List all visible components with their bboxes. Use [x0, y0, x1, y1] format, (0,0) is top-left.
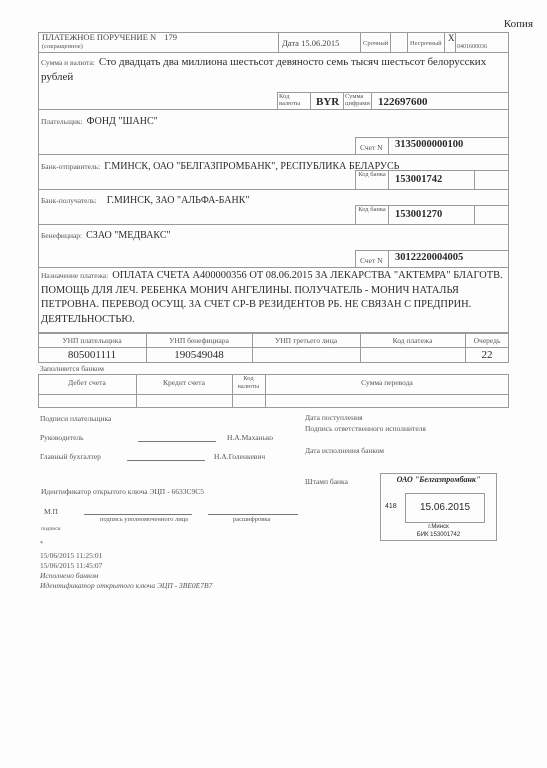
mp-label: М.П [44, 507, 58, 516]
purpose-label: Назначение платежа: [41, 271, 108, 280]
payer-label: Плательщик: [41, 117, 83, 126]
beneficiary: Бенефициар: СЗАО "МЕДВАКС" [41, 225, 171, 243]
responsible-signature-label: Подпись ответственного исполнителя [305, 424, 426, 433]
unp-beneficiary-value: 190549048 [146, 349, 252, 361]
beneficiary-label: Бенефициар: [41, 231, 82, 240]
stamp-bank-name: ОАО "Белгазпромбанк" [380, 475, 497, 484]
beneficiary-account-label: Счет N [360, 256, 383, 265]
decoding-caption: расшифровка [233, 516, 270, 523]
amount-label: Сумма и валюта: [41, 58, 95, 67]
payer-account: 3135000000100 [395, 139, 463, 150]
stamp-bik: БИК 153001742 [380, 532, 497, 538]
chief-accountant-label: Главный бухгалтер [40, 452, 101, 461]
credit-account-header: Кредит счета [136, 378, 232, 387]
receiver-bank-code: 153001270 [395, 209, 442, 220]
director-label: Руководитель [40, 433, 84, 442]
debit-account-header: Дебет счета [38, 378, 136, 387]
unp-header-payment-code: Код платежа [360, 336, 465, 345]
stamp-city: г.Минск [380, 524, 497, 530]
form-title-text: ПЛАТЕЖНОЕ ПОРУЧЕНИЕ N [42, 32, 156, 42]
form-number: 179 [164, 32, 177, 42]
non-urgent-checkbox[interactable]: X [448, 33, 455, 43]
timestamp-2: 15/06/2015 11:45:07 [40, 561, 102, 570]
sender-bank-label: Банк-отправитель: [41, 162, 100, 171]
chief-accountant-name: Н.А.Голенкевич [214, 452, 265, 461]
beneficiary-name: СЗАО "МЕДВАКС" [86, 230, 170, 241]
date-label: Дата [282, 38, 299, 48]
stamp-date: 15.06.2015 [405, 502, 485, 513]
currency-code-header: Код валюты [232, 375, 265, 391]
payer-key-id: Идентификатор открытого ключа ЭЦП - 6633… [41, 487, 204, 496]
currency-code: BYR [316, 96, 339, 108]
sender-bank-code-label: Код банка [356, 171, 388, 179]
signatures-caption: подписи [41, 526, 61, 532]
form-subtitle: (сокращенное) [42, 43, 83, 50]
non-urgent-label: Несрочный [410, 40, 442, 47]
authorized-signature-caption: подпись уполномоченного лица [100, 516, 188, 523]
payer-account-label: Счет N [360, 143, 383, 152]
asterisk: * [40, 540, 43, 547]
receiver-bank: Банк-получатель: Г.МИНСК, ЗАО "АЛЬФА-БАН… [41, 190, 249, 208]
director-name: Н.А.Маханько [227, 433, 273, 442]
payer-name: ФОНД "ШАНС" [87, 116, 158, 127]
sender-bank-code: 153001742 [395, 174, 442, 185]
receiver-bank-label: Банк-получатель: [41, 196, 97, 205]
form-code: 0401600036 [457, 44, 487, 50]
transfer-amount-header: Сумма перевода [265, 378, 509, 387]
amount-digits: 122697600 [378, 96, 428, 108]
unp-header-third-party: УНП третьего лица [252, 336, 360, 345]
bank-fill-label: Заполняется банком [40, 364, 104, 373]
unp-header-beneficiary: УНП бенефициара [146, 336, 252, 345]
receiver-bank-name: Г.МИНСК, ЗАО "АЛЬФА-БАНК" [107, 195, 250, 206]
timestamp-1: 15/06/2015 11:25:01 [40, 551, 102, 560]
beneficiary-account: 3012220004005 [395, 252, 463, 263]
sender-bank: Банк-отправитель: Г.МИНСК, ОАО "БЕЛГАЗПР… [41, 156, 399, 174]
amount-words: Сумма и валюта: Сто двадцать два миллион… [41, 54, 503, 84]
payer-signatures-title: Подписи плательщика [40, 414, 111, 423]
unp-header-queue: Очередь [465, 336, 509, 345]
bank-key-id: Идентификатор открытого ключа ЭЦП - 3BE0… [40, 581, 212, 590]
form-title: ПЛАТЕЖНОЕ ПОРУЧЕНИЕ N 179 [42, 32, 177, 42]
date-value: 15.06.2015 [301, 38, 339, 48]
unp-header-payer: УНП плательщика [38, 336, 146, 345]
stamp-number: 418 [385, 503, 397, 510]
copy-label: Копия [504, 18, 533, 30]
purpose-text: ОПЛАТА СЧЕТА А400000356 ОТ 08.06.2015 ЗА… [41, 270, 503, 325]
payment-purpose: Назначение платежа: ОПЛАТА СЧЕТА А400000… [41, 268, 507, 326]
currency-code-label: Код валюты [279, 93, 309, 107]
unp-payer-value: 805001111 [38, 349, 146, 361]
date-field: Дата 15.06.2015 [282, 38, 339, 48]
amount-words-text: Сто двадцать два миллиона шестьсот девян… [41, 56, 486, 83]
payer: Плательщик: ФОНД "ШАНС" [41, 111, 158, 129]
received-date-label: Дата поступления [305, 413, 363, 422]
urgent-label: Срочный [363, 40, 388, 47]
bank-stamp-label: Штамп банка [305, 477, 348, 486]
receiver-bank-code-label: Код банка [356, 206, 388, 214]
executed-by-bank: Исполнено банком [40, 571, 98, 580]
queue-value: 22 [465, 349, 509, 361]
execution-date-label: Дата исполнения банком [305, 446, 384, 455]
